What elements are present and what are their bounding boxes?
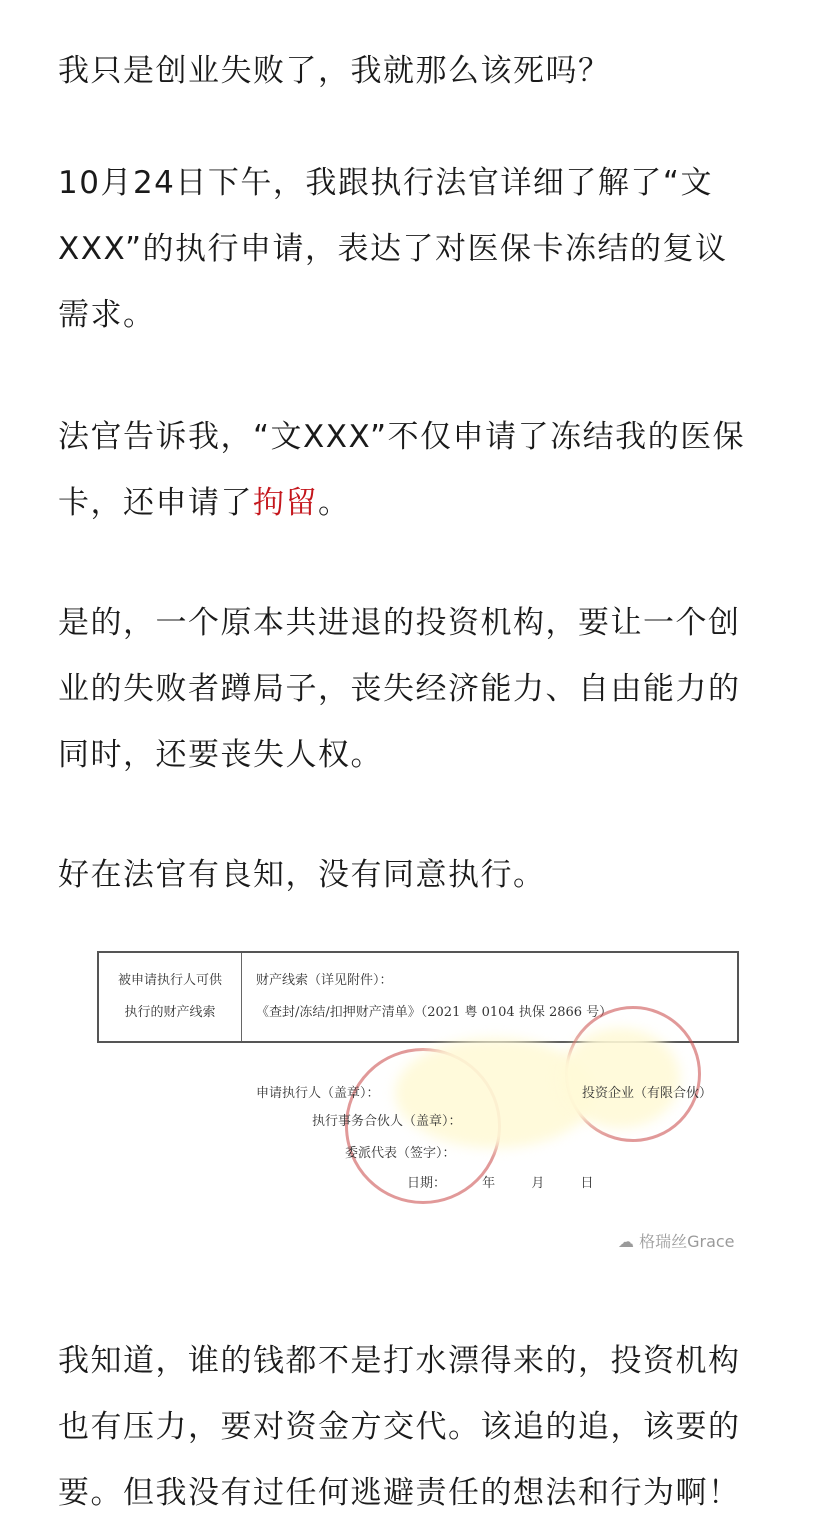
- applicant-line: 申请执行人（盖章）：: [256, 1082, 380, 1101]
- applicant-entity: 投资企业（有限合伙）: [582, 1082, 712, 1101]
- text-line: 要。但我没有过任何逃避责任的想法和行为啊！: [58, 1475, 741, 1511]
- highlighted-text: 拘留: [253, 485, 318, 521]
- text-line: 卡，还申请了: [58, 485, 253, 521]
- representative-label: 委派代表（签字）：: [345, 1146, 456, 1161]
- punctuation: 。: [318, 485, 351, 521]
- text-line: 也有压力，要对资金方交代。该追的追，该要的: [58, 1409, 741, 1445]
- text-line: XXX”的执行申请，表达了对医保卡冻结的复议: [58, 231, 728, 267]
- text-line: 我只是创业失败了，我就那么该死吗？: [58, 53, 611, 89]
- paragraph-5: 好在法官有良知，没有同意执行。: [58, 842, 778, 908]
- redaction-smear: [560, 1028, 680, 1128]
- applicant-label: 申请执行人（盖章）：: [256, 1086, 380, 1101]
- label-line: 被申请执行人可供: [118, 965, 222, 997]
- legal-document-image: 被申请执行人可供 执行的财产线索 财产线索（详见附件）： 《查封/冻结/扣押财产…: [0, 918, 828, 1273]
- label-line: 执行的财产线索: [124, 997, 215, 1029]
- partner-label: 执行事务合伙人（盖章）：: [312, 1114, 462, 1129]
- text-line: 我知道，谁的钱都不是打水漂得来的，投资机构: [58, 1343, 741, 1379]
- text-line: 10月24日下午，我跟执行法官详细了解了“文: [58, 165, 713, 201]
- date-line: 日期： 年 月 日: [407, 1172, 593, 1191]
- paragraph-4: 是的，一个原本共进退的投资机构，要让一个创 业的失败者蹲局子，丧失经济能力、自由…: [58, 590, 778, 788]
- month-label: 月: [531, 1176, 544, 1191]
- paragraph-2: 10月24日下午，我跟执行法官详细了解了“文 XXX”的执行申请，表达了对医保卡…: [58, 150, 778, 348]
- wechat-icon: ☁: [618, 1232, 639, 1251]
- paragraph-1: 我只是创业失败了，我就那么该死吗？: [58, 38, 778, 104]
- day-label: 日: [580, 1176, 593, 1191]
- watermark: ☁ 格瑞丝Grace: [618, 1229, 735, 1252]
- partner-line: 执行事务合伙人（盖章）：: [312, 1110, 462, 1129]
- representative-line: 委派代表（签字）：: [345, 1142, 456, 1161]
- text-line: 好在法官有良知，没有同意执行。: [58, 857, 546, 893]
- text-line: 需求。: [58, 297, 156, 333]
- text-line: 法官告诉我，“文XXX”不仅申请了冻结我的医保: [58, 419, 745, 455]
- text-line: 业的失败者蹲局子，丧失经济能力、自由能力的: [58, 671, 741, 707]
- value-line: 财产线索（详见附件）：: [256, 965, 737, 997]
- date-label: 日期：: [407, 1176, 446, 1191]
- table-label-cell: 被申请执行人可供 执行的财产线索: [99, 953, 242, 1041]
- text-line: 同时，还要丧失人权。: [58, 737, 383, 773]
- entity-suffix: 投资企业（有限合伙）: [582, 1086, 712, 1101]
- watermark-text: 格瑞丝Grace: [639, 1232, 734, 1251]
- text-line: 是的，一个原本共进退的投资机构，要让一个创: [58, 605, 741, 641]
- paragraph-6: 我知道，谁的钱都不是打水漂得来的，投资机构 也有压力，要对资金方交代。该追的追，…: [58, 1328, 778, 1526]
- year-label: 年: [482, 1176, 495, 1191]
- paragraph-3: 法官告诉我，“文XXX”不仅申请了冻结我的医保 卡，还申请了拘留。: [58, 404, 778, 536]
